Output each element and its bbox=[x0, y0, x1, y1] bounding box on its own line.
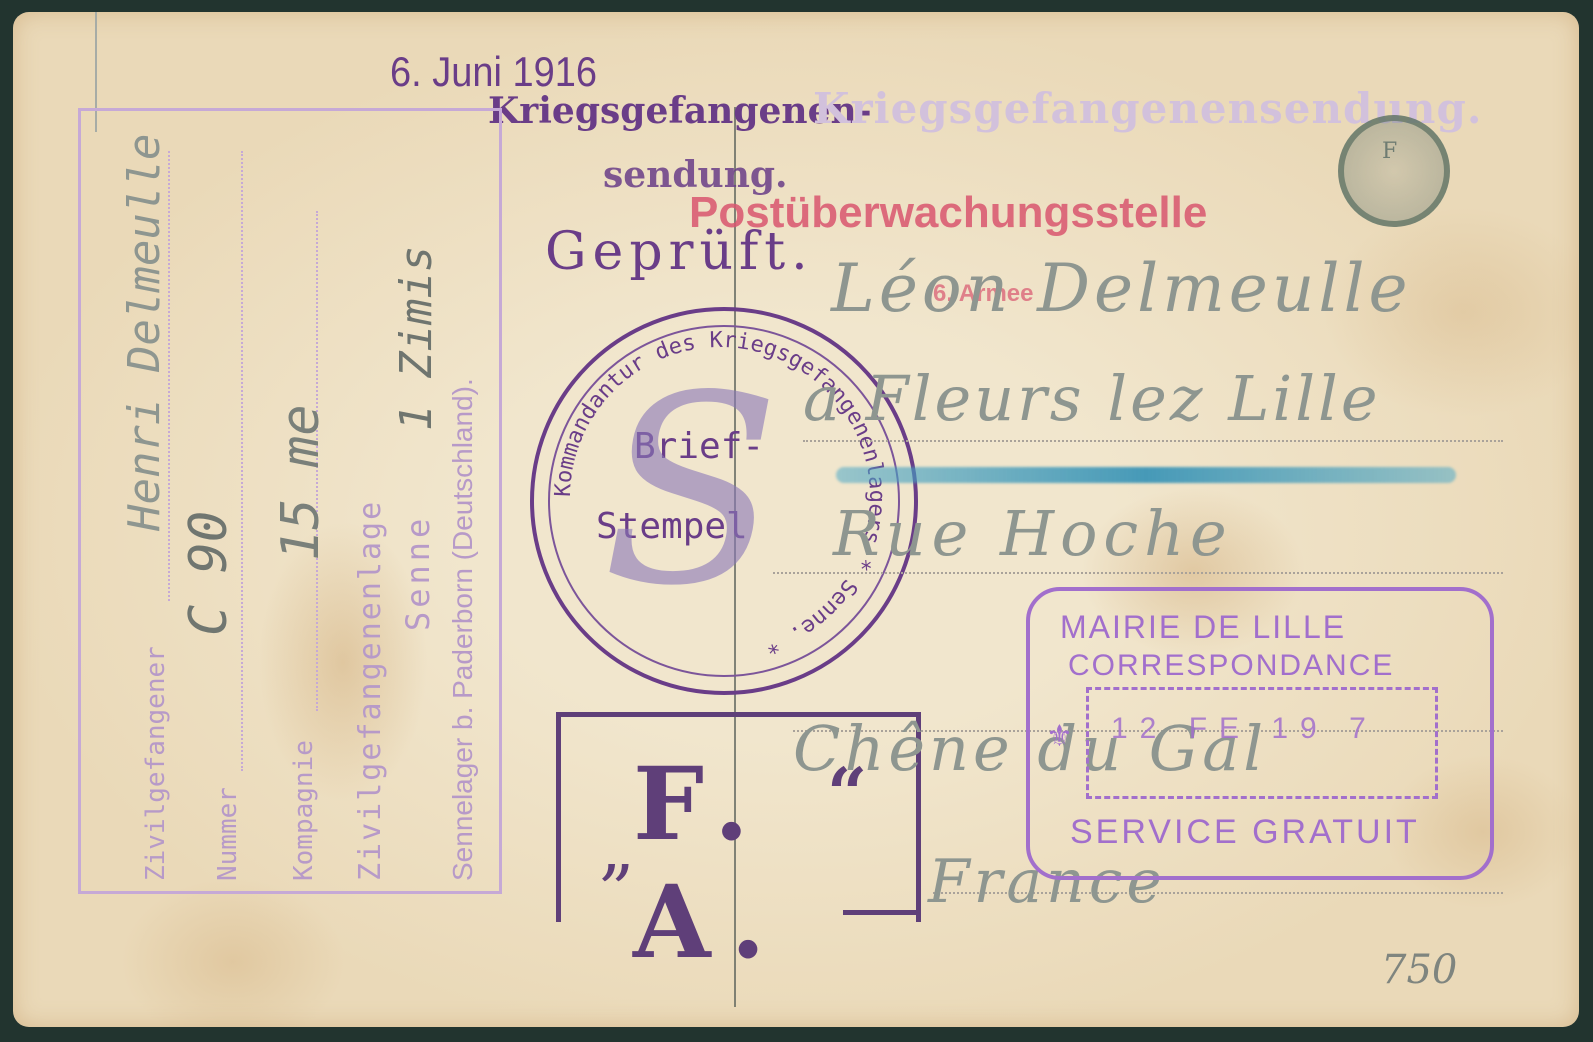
handwritten-name: Henri Delmeulle bbox=[119, 134, 170, 531]
address-name: Léon Delmeulle bbox=[831, 250, 1412, 327]
mairie-fleur-left: ⚜ bbox=[1046, 719, 1073, 754]
address-line-2 bbox=[773, 572, 1503, 574]
mairie-date: 12 FE 19 7 bbox=[1111, 712, 1378, 746]
handwritten-company: 15 me bbox=[271, 404, 331, 561]
fa-box-bottom-edge bbox=[843, 910, 916, 915]
small-round-stamp-letter: F bbox=[1382, 139, 1397, 164]
blue-crayon-strike bbox=[836, 467, 1456, 483]
label-kompagnie: Kompagnie bbox=[289, 740, 319, 881]
label-lager1: Zivilgefangenenlage bbox=[353, 500, 388, 881]
small-round-stamp: F bbox=[1338, 115, 1450, 227]
mairie-line3: SERVICE GRATUIT bbox=[1070, 813, 1420, 852]
postcard: 6. Juni 1916 Kriegsgefangenen- sendung. … bbox=[13, 12, 1579, 1027]
prisoner-info-box: Zivilgefangener Nummer Kompagnie Zivilge… bbox=[78, 108, 502, 894]
mairie-line2: CORRESPONDANCE bbox=[1068, 649, 1394, 683]
mairie-date-box: 12 FE 19 7 bbox=[1086, 687, 1438, 799]
label-nummer: Nummer bbox=[213, 787, 243, 881]
mairie-line1: MAIRIE DE LILLE bbox=[1060, 609, 1346, 646]
mairie-de-lille-stamp: MAIRIE DE LILLE CORRESPONDANCE 12 FE 19 … bbox=[1026, 587, 1494, 880]
pencil-s-mark: S bbox=[602, 341, 780, 643]
catalogue-number: 750 bbox=[1381, 947, 1457, 993]
address-street: Rue Hoche bbox=[833, 497, 1233, 570]
red-stamp-line1: Postüberwachungsstelle bbox=[689, 188, 1207, 238]
fa-open-quote: „ bbox=[599, 807, 635, 889]
label-address: Sennelager b. Paderborn (Deutschland). bbox=[447, 378, 479, 881]
dots-nummer bbox=[241, 151, 243, 771]
label-lager2: Senne bbox=[399, 515, 437, 631]
handwritten-extra: 1 Zimis bbox=[391, 246, 442, 431]
address-line-1 bbox=[803, 440, 1503, 442]
handwritten-number: C 90 bbox=[179, 511, 239, 636]
label-zivilgefangener: Zivilgefangener bbox=[141, 646, 171, 881]
address-town: a Fleurs lez Lille bbox=[803, 362, 1381, 435]
